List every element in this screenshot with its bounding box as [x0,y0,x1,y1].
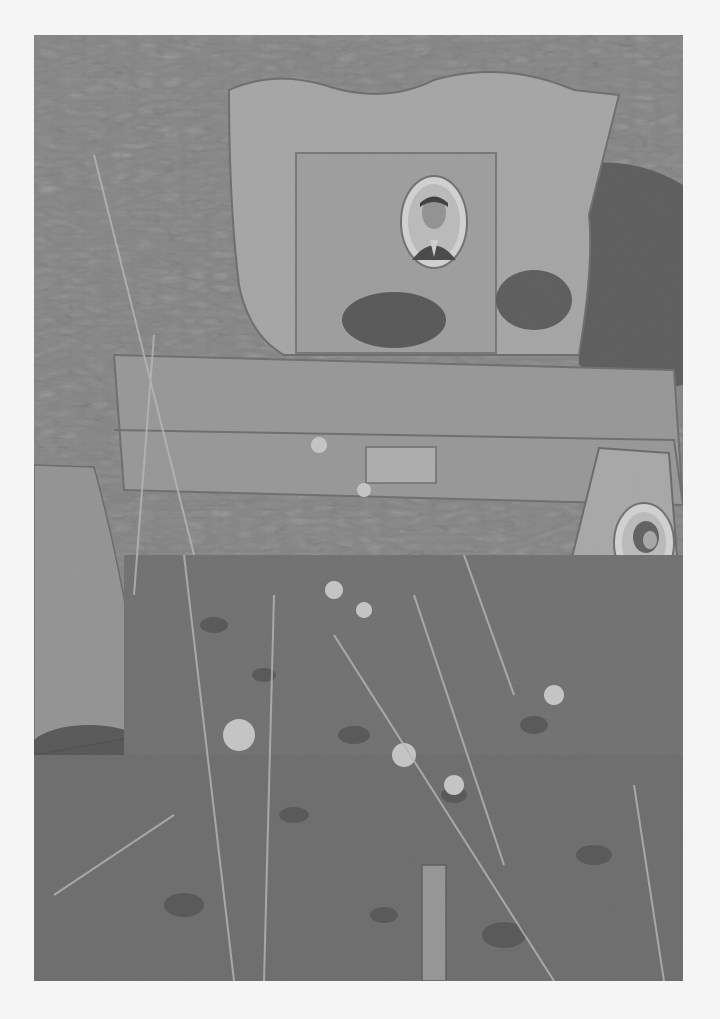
pencil-grain [34,35,683,981]
drawing-canvas [34,35,683,981]
pencil-drawing [34,35,683,981]
paper-background [0,0,720,1019]
